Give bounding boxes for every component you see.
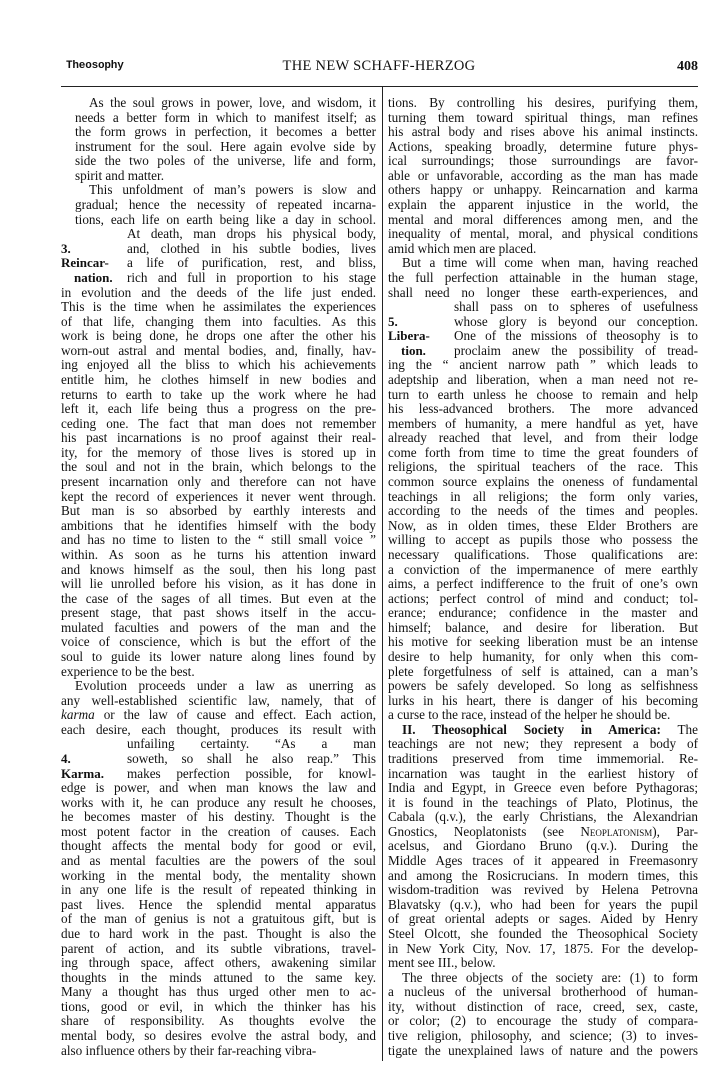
section-heading-line: II. Theosophical Society in America: The bbox=[388, 723, 698, 738]
text-line: tions. By controlling his desires, purif… bbox=[388, 96, 698, 111]
text-line: works with it, he can produce any result… bbox=[61, 796, 376, 811]
text-line: his less-advanced brothers. The more adv… bbox=[388, 402, 698, 417]
text-line: in New York City, Nov. 17, 1875. For the… bbox=[388, 942, 698, 957]
text-line: of the man of genius is not a gratuitous… bbox=[61, 912, 376, 927]
text-line: edge is power, and when man knows the la… bbox=[61, 781, 376, 796]
text-line: proclaim anew the possibility of tread- bbox=[454, 344, 698, 359]
text-line: spirit and matter. bbox=[61, 169, 376, 184]
text-line: according to the needs of the times and … bbox=[388, 504, 698, 519]
text-line: and among the Rosicrucians. In modern ti… bbox=[388, 869, 698, 884]
text-line: ity, for the memory of those lives is st… bbox=[61, 446, 376, 461]
text-line: present incarnation only and therefore c… bbox=[61, 475, 376, 490]
text-line: ing enjoyed all the bliss to which his a… bbox=[61, 358, 376, 373]
text-line: and knows himself as the soul, then his … bbox=[61, 563, 376, 578]
text-line: But a time will come when man, having re… bbox=[388, 256, 698, 271]
text-line: also influence others by their far-reach… bbox=[61, 1044, 376, 1059]
text-line: it is found in the teachings of Plato, P… bbox=[388, 796, 698, 811]
text-line: makes perfection possible, for knowl- bbox=[127, 767, 376, 782]
neoplatonism-line: Gnostics, Neoplatonists (see Neoplatonis… bbox=[388, 825, 698, 840]
text-line: whose glory is beyond our conception. bbox=[454, 315, 698, 330]
text-line: actions; perfect control of mind and con… bbox=[388, 592, 698, 607]
text-line: he becomes master of his destiny. Though… bbox=[61, 810, 376, 825]
text-line: thought affects the mental body for good… bbox=[61, 839, 376, 854]
text-line: Middle Ages traces of it appeared in Fre… bbox=[388, 854, 698, 869]
text-line: kept the record of experiences it never … bbox=[61, 490, 376, 505]
text-line: But man is so absorbed by earthly intere… bbox=[61, 504, 376, 519]
text-line: others happy or unhappy. Reincarnation a… bbox=[388, 183, 698, 198]
text-line: the full perfection attainable in the hu… bbox=[388, 271, 698, 286]
text-line: shall pass on to spheres of usefulness bbox=[454, 300, 698, 315]
text-line: As the soul grows in power, love, and wi… bbox=[61, 96, 376, 111]
text-line: come forth from time to time the great f… bbox=[388, 446, 698, 461]
text-line: the form grows in perfection, it becomes… bbox=[61, 125, 376, 140]
text-line: most potent factor in the creation of ca… bbox=[61, 825, 376, 840]
text-line: thoughts in the minds attuned to the sam… bbox=[61, 971, 376, 986]
text-line: of that life, changing them into faculti… bbox=[61, 315, 376, 330]
text-line: a conviction of the impermanence of mere… bbox=[388, 563, 698, 578]
text-line: turn to earth unless he choose to remain… bbox=[388, 388, 698, 403]
sidenote-liberation: 5. Libera- tion. bbox=[388, 300, 454, 358]
text-line: The three objects of the society are: (1… bbox=[388, 971, 698, 986]
text-line: already reached that level, and from the… bbox=[388, 431, 698, 446]
text-line: a curse to the race, instead of the help… bbox=[388, 708, 698, 723]
text-line: able or unfavorable, according as the ma… bbox=[388, 169, 698, 184]
text-line: unfailing certainty. “As a man bbox=[127, 737, 376, 752]
paragraph-three-objects: The three objects of the society are: (1… bbox=[388, 971, 698, 1058]
text-line: present stage, that past shows itself in… bbox=[61, 606, 376, 621]
header-rule bbox=[61, 86, 698, 87]
left-column: As the soul grows in power, love, and wi… bbox=[61, 96, 376, 1058]
text-line: voice of conscience, which is but the ef… bbox=[61, 635, 376, 650]
text-line: work is being done, he drops one after t… bbox=[61, 329, 376, 344]
text-line: gradual; hence the necessity of repeated… bbox=[61, 198, 376, 213]
text-line: and as mental faculties are the powers o… bbox=[61, 854, 376, 869]
text-line: mental body, so desires evolve the astra… bbox=[61, 1029, 376, 1044]
text-line: Many a thought has thus urged other men … bbox=[61, 985, 376, 1000]
text-line: tions, good or evil, in which the thinke… bbox=[61, 1000, 376, 1015]
text-line: working in the mental body, the mentalit… bbox=[61, 869, 376, 884]
text-line: ing the “ ancient narrow path ” which le… bbox=[388, 358, 698, 373]
text-line: This is the time when he assimilates the… bbox=[61, 300, 376, 315]
text-line: each desire, each thought, produces its … bbox=[61, 723, 376, 738]
text-line: common source explains the oneness of fu… bbox=[388, 475, 698, 490]
text-line: any well-established scientific law, nam… bbox=[61, 694, 376, 709]
text-line: ical surroundings; those surroundings ar… bbox=[388, 154, 698, 169]
text-line: aims, a perfect indifference to the frui… bbox=[388, 577, 698, 592]
text-line: within. As soon as he turns his attentio… bbox=[61, 548, 376, 563]
text-line: traditions preserved from time immemoria… bbox=[388, 752, 698, 767]
text-line: religions, the spiritual teachers of the… bbox=[388, 460, 698, 475]
term-karma: karma bbox=[61, 707, 95, 722]
text-line: soul to guide its lower nature along lin… bbox=[61, 650, 376, 665]
reincarnation-text: in evolution and the deeds of the life j… bbox=[61, 286, 376, 680]
sidenote-karma: 4. Karma. bbox=[61, 737, 127, 781]
text-line: worn-out astral and mental bodies, and, … bbox=[61, 344, 376, 359]
text-line: incarnation was taught in the earliest h… bbox=[388, 767, 698, 782]
section-reincarnation: 3. Reincar- nation. At death, man drops … bbox=[61, 227, 376, 285]
text-line: Steel Olcott, she founded the Theosophic… bbox=[388, 927, 698, 942]
text-line: necessary qualifications. Those qualific… bbox=[388, 548, 698, 563]
text-line: entitle him, he clothes himself in new b… bbox=[61, 373, 376, 388]
book-title: THE NEW SCHAFF-HERZOG bbox=[60, 58, 698, 75]
page-number: 408 bbox=[677, 59, 698, 75]
text-line: willing to accept as pupils those who po… bbox=[388, 533, 698, 548]
text-line: ceding one. The fact that man does not r… bbox=[61, 417, 376, 432]
text-line: a nucleus of the universal brotherhood o… bbox=[388, 985, 698, 1000]
text-line: due to hard work in the past. Thought is… bbox=[61, 927, 376, 942]
text-line: adeptship and liberation, when a man nee… bbox=[388, 373, 698, 388]
text-line: shall need no longer these earth-experie… bbox=[388, 286, 698, 301]
sidenote-reincarnation: 3. Reincar- nation. bbox=[61, 227, 127, 285]
text-line: At death, man drops his physical body, bbox=[127, 227, 376, 242]
text-line: One of the missions of theosophy is to bbox=[454, 329, 698, 344]
text-line: ambitions that he identifies himself wit… bbox=[61, 519, 376, 534]
reincarnation-side-text: At death, man drops his physical body,an… bbox=[127, 227, 376, 285]
paragraph-perfection: But a time will come when man, having re… bbox=[388, 256, 698, 300]
text-line: needs a better form in which to manifest… bbox=[61, 111, 376, 126]
text-line: experience to be the best. bbox=[61, 665, 376, 680]
text-line: the case of the sages of all times. But … bbox=[61, 592, 376, 607]
liberation-side-text: shall pass on to spheres of usefulnesswh… bbox=[454, 300, 698, 358]
text-line: and has no time to listen to the “ still… bbox=[61, 533, 376, 548]
text-line: ment see III., below. bbox=[388, 956, 698, 971]
text-line: side the two poles of the universe, life… bbox=[61, 154, 376, 169]
text-line: a life of purification, rest, and bliss, bbox=[127, 256, 376, 271]
section-liberation: 5. Libera- tion. shall pass on to sphere… bbox=[388, 300, 698, 358]
text-line: explain the apparent injustice in the wo… bbox=[388, 198, 698, 213]
text-line: will lie unrolled before his vision, as … bbox=[61, 577, 376, 592]
text-line: the soul and not in the brain, which bel… bbox=[61, 460, 376, 475]
text-line: his astral body and rises above his anim… bbox=[388, 125, 698, 140]
text-line: of great oriental adepts or sages. Aided… bbox=[388, 912, 698, 927]
text-line: lurks in his heart, there is danger of h… bbox=[388, 694, 698, 709]
column-divider bbox=[382, 87, 383, 1061]
text-line: left it, each life being thus a progress… bbox=[61, 402, 376, 417]
text-line: rich and full in proportion to his stage bbox=[127, 271, 376, 286]
section-karma: 4. Karma. unfailing certainty. “As a man… bbox=[61, 737, 376, 781]
karma-side-text: unfailing certainty. “As a mansoweth, so… bbox=[127, 737, 376, 781]
text-line: wisdom-tradition was revived by Helena P… bbox=[388, 883, 698, 898]
text-line: ing through space, affect others, awaken… bbox=[61, 956, 376, 971]
section-heading: II. Theosophical Society in America: bbox=[402, 722, 661, 737]
text-line: in any one life is the result of repeate… bbox=[61, 883, 376, 898]
text-line: Blavatsky (q.v.), who had been for years… bbox=[388, 898, 698, 913]
text-line: desire to help humanity, for only when t… bbox=[388, 650, 698, 665]
text-line: and, clothed in his subtle bodies, lives bbox=[127, 242, 376, 257]
text-line: Actions, speaking broadly, determine fut… bbox=[388, 140, 698, 155]
text-line: or color; (2) to encourage the study of … bbox=[388, 1014, 698, 1029]
text-line: soweth, so shall he also reap.” This bbox=[127, 752, 376, 767]
text-line: turning them toward spiritual things, ma… bbox=[388, 111, 698, 126]
right-column: tions. By controlling his desires, purif… bbox=[388, 96, 698, 1058]
text-line: amid which men are placed. bbox=[388, 242, 698, 257]
text-line: himself; balance, and desire for liberat… bbox=[388, 621, 698, 636]
text-line: tigate the unexplained laws of nature an… bbox=[388, 1044, 698, 1059]
text-line: in evolution and the deeds of the life j… bbox=[61, 286, 376, 301]
text-line: teachings in all religions; the form onl… bbox=[388, 490, 698, 505]
text-line: tions, each life on earth being like a d… bbox=[61, 213, 376, 228]
text-line: mulated faculties and powers of the man … bbox=[61, 621, 376, 636]
karma-text: edge is power, and when man knows the la… bbox=[61, 781, 376, 1058]
liberation-text: ing the “ ancient narrow path ” which le… bbox=[388, 358, 698, 722]
text-line: his motive for seeking liberation must b… bbox=[388, 635, 698, 650]
paragraph-soul-form: As the soul grows in power, love, and wi… bbox=[61, 96, 376, 183]
text-line: Now, as in olden times, these Elder Brot… bbox=[388, 519, 698, 534]
text-line: mental and moral differences among men, … bbox=[388, 213, 698, 228]
paragraph-evolution-law: Evolution proceeds under a law as unerri… bbox=[61, 679, 376, 737]
text-line: plete forgetfulness of self is attained,… bbox=[388, 665, 698, 680]
section-theosophical-society: II. Theosophical Society in America: The… bbox=[388, 723, 698, 971]
text-line: India and Egypt, in Greece even before P… bbox=[388, 781, 698, 796]
text-line: Cabala (q.v.), the early Christians, the… bbox=[388, 810, 698, 825]
text-line: instrument for the soul. Here again evol… bbox=[61, 140, 376, 155]
text-line: ity, without distinction of race, creed,… bbox=[388, 1000, 698, 1015]
text-line: teachings are not new; they represent a … bbox=[388, 737, 698, 752]
text-line: karma or the law of cause and effect. Ea… bbox=[61, 708, 376, 723]
text-line: Evolution proceeds under a law as unerri… bbox=[61, 679, 376, 694]
text-line: powers be safely developed. So long as s… bbox=[388, 679, 698, 694]
text-line: share of responsibility. As thoughts evo… bbox=[61, 1014, 376, 1029]
text-line: This unfoldment of man’s powers is slow … bbox=[61, 183, 376, 198]
text-line: his past incarnations is no proof agains… bbox=[61, 431, 376, 446]
text-line: returns to earth to take up the work whe… bbox=[61, 388, 376, 403]
paragraph-desires: tions. By controlling his desires, purif… bbox=[388, 96, 698, 256]
text-line: past lives. Hence the splendid mental ap… bbox=[61, 898, 376, 913]
running-header: Theosophy THE NEW SCHAFF-HERZOG 408 bbox=[60, 58, 698, 74]
cross-reference-neoplatonism[interactable]: Neoplatonism bbox=[580, 824, 652, 839]
text-line: erance; endurance; confidence in the mas… bbox=[388, 606, 698, 621]
text-line: parent of action, and its subtle vibrati… bbox=[61, 942, 376, 957]
paragraph-unfoldment: This unfoldment of man’s powers is slow … bbox=[61, 183, 376, 227]
text-line: acelsus, and Giordano Bruno (q.v.). Duri… bbox=[388, 839, 698, 854]
text-line: inequality of mental, moral, and physica… bbox=[388, 227, 698, 242]
text-line: tive religion, philosophy, and science; … bbox=[388, 1029, 698, 1044]
text-line: members of humanity, a mere handful as y… bbox=[388, 417, 698, 432]
